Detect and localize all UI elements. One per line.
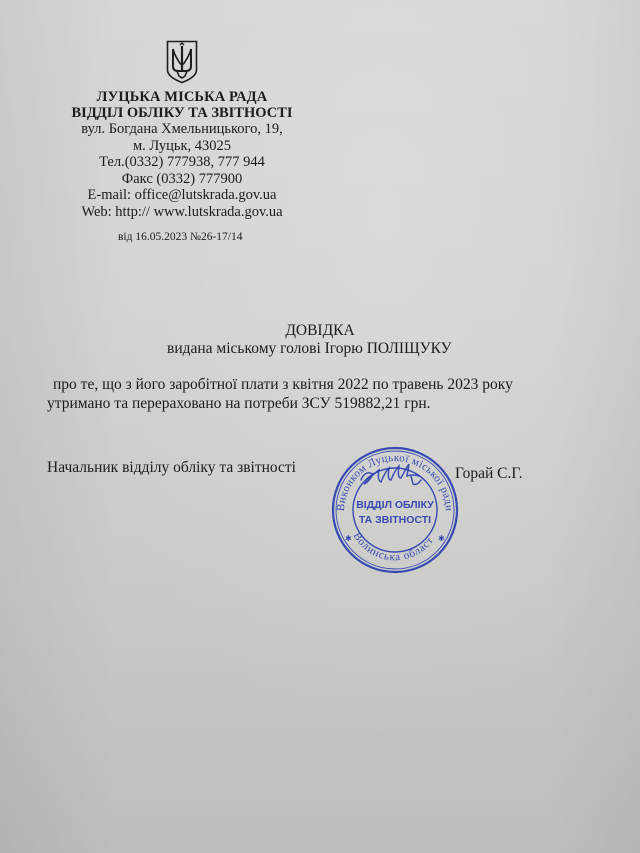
official-stamp: Виконком Луцької міської ради Волинська … xyxy=(331,446,459,574)
stamp-center-line-2: ТА ЗВІТНОСТІ xyxy=(359,514,431,526)
email-address: E-mail: office@lutskrada.gov.ua xyxy=(62,187,302,204)
body-line-2: утримано та перераховано на потреби ЗСУ … xyxy=(47,395,431,413)
stamp-star-right-icon: ✱ xyxy=(438,534,445,543)
fax-number: Факс (0332) 777900 xyxy=(62,171,302,188)
phone-numbers: Тел.(0332) 777938, 777 944 xyxy=(62,154,302,171)
signer-name: Горай С.Г. xyxy=(455,465,522,483)
stamp-star-left-icon: ✱ xyxy=(345,534,352,543)
department-name: ВІДДІЛ ОБЛІКУ ТА ЗВІТНОСТІ xyxy=(62,105,302,121)
letterhead: ЛУЦЬКА МІСЬКА РАДА ВІДДІЛ ОБЛІКУ ТА ЗВІТ… xyxy=(62,40,302,221)
issued-to: видана міському голові Ігорю ПОЛІЩУКУ xyxy=(167,340,452,358)
trident-coat-of-arms-icon xyxy=(166,40,198,84)
signer-position: Начальник відділу обліку та звітності xyxy=(47,459,296,477)
organization-name: ЛУЦЬКА МІСЬКА РАДА xyxy=(62,89,302,105)
body-line-1: про те, що з його заробітної плати з кві… xyxy=(53,376,513,394)
reference-number: від 16.05.2023 №26-17/14 xyxy=(118,231,242,243)
website: Web: http:// www.lutskrada.gov.ua xyxy=(62,204,302,221)
stamp-center-line-1: ВІДДІЛ ОБЛІКУ xyxy=(356,499,434,511)
address-street: вул. Богдана Хмельницького, 19, xyxy=(62,121,302,138)
document-title: ДОВІДКА xyxy=(0,322,640,340)
address-city: м. Луцьк, 43025 xyxy=(62,138,302,155)
